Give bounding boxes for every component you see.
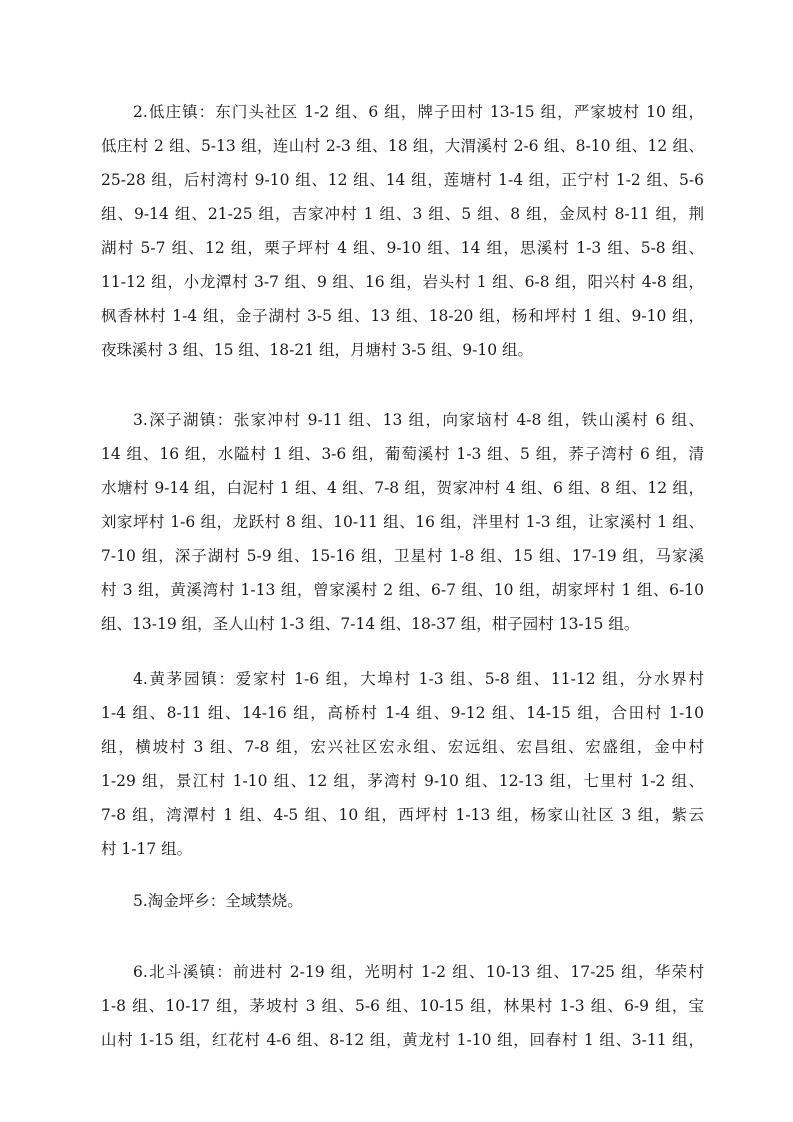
text-line: 1-8 组、10-17 组，茅坡村 3 组、5-6 组、10-15 组，林果村 … [101, 989, 704, 1023]
text-line: 组、9-14 组、21-25 组，吉家冲村 1 组、3 组、5 组、8 组，金凤… [101, 197, 704, 231]
text-line: 5.淘金坪乡：全域禁烧。 [101, 884, 704, 918]
text-line: 村 1-17 组。 [101, 832, 704, 866]
text-line: 7-10 组，深子湖村 5-9 组、15-16 组，卫星村 1-8 组、15 组… [101, 539, 704, 573]
text-line: 枫香林村 1-4 组，金子湖村 3-5 组、13 组、18-20 组，杨和坪村 … [101, 299, 704, 333]
paragraph-beidouxi-town: 6.北斗溪镇：前进村 2-19 组，光明村 1-2 组、10-13 组、17-2… [101, 955, 704, 1057]
text-line: 山村 1-15 组，红花村 4-6 组、8-12 组，黄龙村 1-10 组，回春… [101, 1023, 704, 1057]
text-line: 14 组、16 组，水隘村 1 组、3-6 组，葡萄溪村 1-3 组、5 组，荞… [101, 437, 704, 471]
text-line: 水塘村 9-14 组，白泥村 1 组、4 组、7-8 组，贺家冲村 4 组、6 … [101, 471, 704, 505]
text-line: 6.北斗溪镇：前进村 2-19 组，光明村 1-2 组、10-13 组、17-2… [101, 955, 704, 989]
text-line: 湖村 5-7 组、12 组，栗子坪村 4 组、9-10 组、14 组，思溪村 1… [101, 231, 704, 265]
text-line: 1-4 组、8-11 组、14-16 组，高桥村 1-4 组、9-12 组、14… [101, 696, 704, 730]
paragraph-dizhuang-town: 2.低庄镇：东门头社区 1-2 组、6 组，牌子田村 13-15 组，严家坡村 … [101, 95, 704, 367]
text-line: 组、13-19 组，圣人山村 1-3 组、7-14 组、18-37 组，柑子园村… [101, 607, 704, 641]
text-line: 刘家坪村 1-6 组，龙跃村 8 组、10-11 组、16 组，泮里村 1-3 … [101, 505, 704, 539]
text-line: 1-29 组，景江村 1-10 组、12 组，茅湾村 9-10 组、12-13 … [101, 764, 704, 798]
text-line: 11-12 组，小龙潭村 3-7 组、9 组、16 组，岩头村 1 组、6-8 … [101, 265, 704, 299]
text-line: 7-8 组，湾潭村 1 组、4-5 组、10 组，西坪村 1-13 组，杨家山社… [101, 798, 704, 832]
text-line: 3.深子湖镇：张家冲村 9-11 组、13 组，向家垴村 4-8 组，铁山溪村 … [101, 403, 704, 437]
text-line: 2.低庄镇：东门头社区 1-2 组、6 组，牌子田村 13-15 组，严家坡村 … [101, 95, 704, 129]
text-line: 4.黄茅园镇：爱家村 1-6 组，大埠村 1-3 组、5-8 组、11-12 组… [101, 662, 704, 696]
paragraph-taojinping-township: 5.淘金坪乡：全域禁烧。 [101, 884, 704, 918]
paragraph-huangmaoyuan-town: 4.黄茅园镇：爱家村 1-6 组，大埠村 1-3 组、5-8 组、11-12 组… [101, 662, 704, 866]
paragraph-shenzihu-town: 3.深子湖镇：张家冲村 9-11 组、13 组，向家垴村 4-8 组，铁山溪村 … [101, 403, 704, 641]
document-page: 2.低庄镇：东门头社区 1-2 组、6 组，牌子田村 13-15 组，严家坡村 … [0, 0, 793, 1122]
text-line: 村 3 组，黄溪湾村 1-13 组，曾家溪村 2 组、6-7 组、10 组，胡家… [101, 573, 704, 607]
text-line: 25-28 组，后村湾村 9-10 组、12 组、14 组，莲塘村 1-4 组，… [101, 163, 704, 197]
text-line: 夜珠溪村 3 组、15 组、18-21 组，月塘村 3-5 组、9-10 组。 [101, 333, 704, 367]
text-line: 低庄村 2 组、5-13 组，连山村 2-3 组、18 组，大渭溪村 2-6 组… [101, 129, 704, 163]
text-line: 组，横坡村 3 组、7-8 组，宏兴社区宏永组、宏远组、宏昌组、宏盛组，金中村 [101, 730, 704, 764]
